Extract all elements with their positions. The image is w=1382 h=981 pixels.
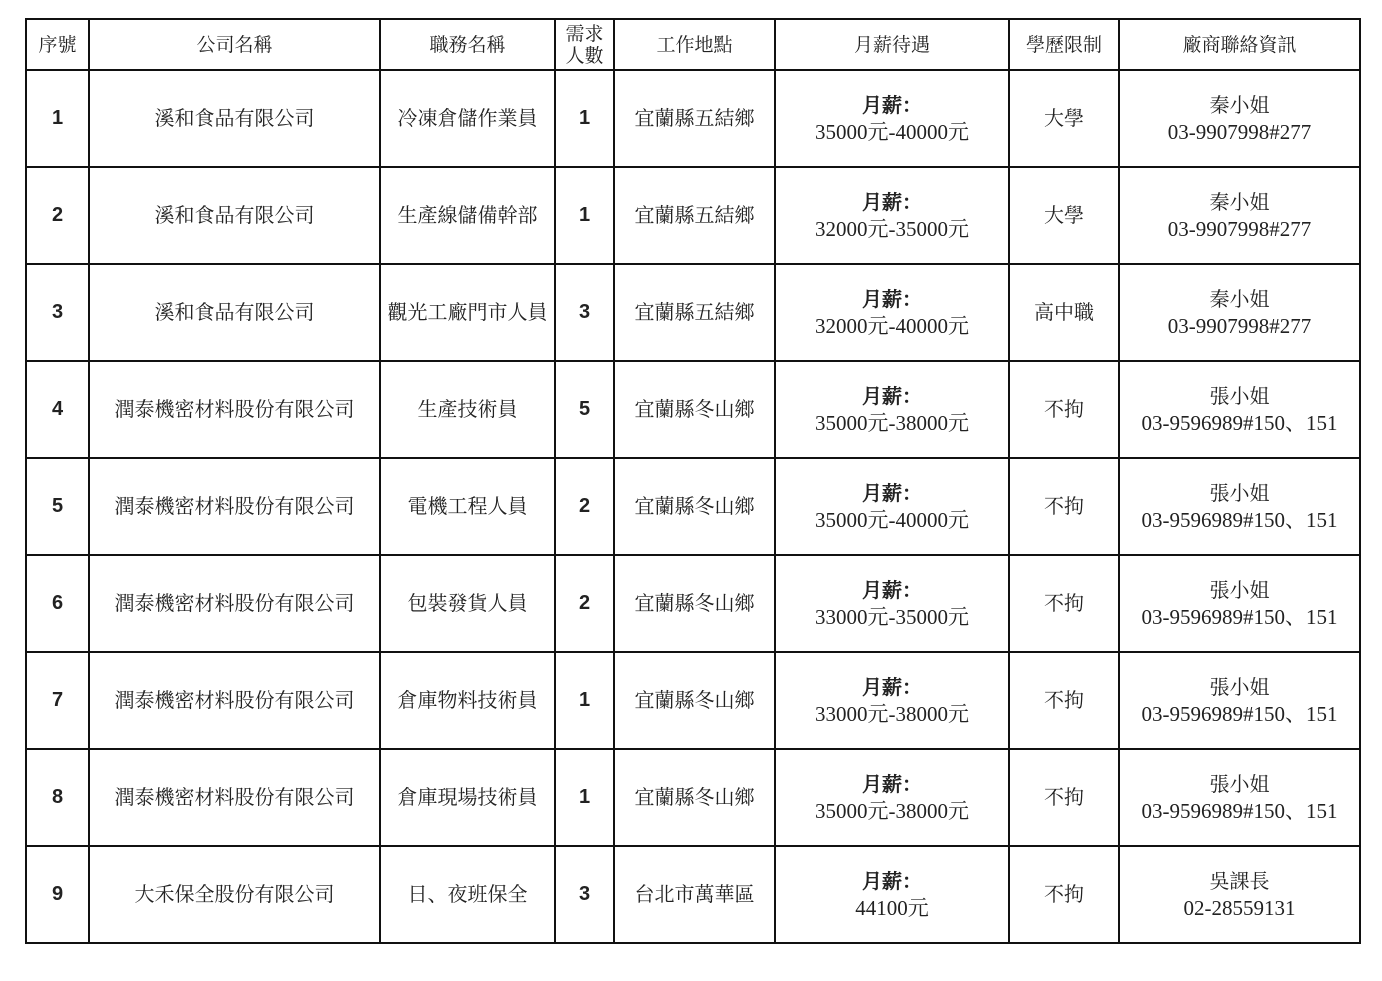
cell-count: 2 — [555, 555, 614, 652]
contact-name: 張小姐 — [1124, 674, 1355, 701]
cell-location: 宜蘭縣冬山鄉 — [614, 361, 775, 458]
contact-phone: 03-9596989#150、151 — [1124, 701, 1355, 728]
table-body: 1溪和食品有限公司冷凍倉儲作業員1宜蘭縣五結鄉月薪：35000元-40000元大… — [26, 70, 1360, 943]
header-count-line1: 需求 — [560, 23, 609, 45]
cell-salary: 月薪：33000元-38000元 — [775, 652, 1009, 749]
header-education: 學歷限制 — [1009, 19, 1119, 70]
cell-salary: 月薪：35000元-38000元 — [775, 749, 1009, 846]
cell-education: 大學 — [1009, 167, 1119, 264]
cell-contact: 張小姐03-9596989#150、151 — [1119, 652, 1360, 749]
table-row: 2溪和食品有限公司生產線儲備幹部1宜蘭縣五結鄉月薪：32000元-35000元大… — [26, 167, 1360, 264]
cell-salary: 月薪：35000元-38000元 — [775, 361, 1009, 458]
cell-company: 潤泰機密材料股份有限公司 — [89, 361, 380, 458]
cell-count: 1 — [555, 652, 614, 749]
cell-contact: 張小姐03-9596989#150、151 — [1119, 458, 1360, 555]
cell-no: 5 — [26, 458, 89, 555]
cell-count: 1 — [555, 70, 614, 167]
cell-location: 宜蘭縣冬山鄉 — [614, 652, 775, 749]
header-no: 序號 — [26, 19, 89, 70]
job-listings-table: 序號 公司名稱 職務名稱 需求 人數 工作地點 月薪待遇 學歷限制 廠商聯絡資訊… — [25, 18, 1361, 944]
header-position: 職務名稱 — [380, 19, 555, 70]
contact-phone: 03-9907998#277 — [1124, 313, 1355, 340]
header-count-line2: 人數 — [560, 45, 609, 67]
cell-count: 2 — [555, 458, 614, 555]
contact-name: 張小姐 — [1124, 480, 1355, 507]
header-contact: 廠商聯絡資訊 — [1119, 19, 1360, 70]
contact-name: 秦小姐 — [1124, 92, 1355, 119]
header-location: 工作地點 — [614, 19, 775, 70]
cell-company: 潤泰機密材料股份有限公司 — [89, 652, 380, 749]
cell-position: 倉庫現場技術員 — [380, 749, 555, 846]
contact-name: 秦小姐 — [1124, 189, 1355, 216]
table-row: 3溪和食品有限公司觀光工廠門市人員3宜蘭縣五結鄉月薪：32000元-40000元… — [26, 264, 1360, 361]
cell-location: 宜蘭縣五結鄉 — [614, 167, 775, 264]
cell-company: 溪和食品有限公司 — [89, 70, 380, 167]
salary-value: 35000元-40000元 — [780, 119, 1004, 146]
cell-contact: 張小姐03-9596989#150、151 — [1119, 555, 1360, 652]
cell-education: 不拘 — [1009, 652, 1119, 749]
salary-value: 33000元-35000元 — [780, 604, 1004, 631]
salary-value: 32000元-40000元 — [780, 313, 1004, 340]
table-row: 7潤泰機密材料股份有限公司倉庫物料技術員1宜蘭縣冬山鄉月薪：33000元-380… — [26, 652, 1360, 749]
cell-company: 大禾保全股份有限公司 — [89, 846, 380, 943]
cell-company: 潤泰機密材料股份有限公司 — [89, 555, 380, 652]
cell-salary: 月薪：32000元-40000元 — [775, 264, 1009, 361]
cell-education: 大學 — [1009, 70, 1119, 167]
salary-label: 月薪： — [780, 286, 1004, 313]
header-count: 需求 人數 — [555, 19, 614, 70]
contact-phone: 03-9596989#150、151 — [1124, 507, 1355, 534]
cell-no: 3 — [26, 264, 89, 361]
cell-location: 宜蘭縣冬山鄉 — [614, 555, 775, 652]
cell-count: 3 — [555, 846, 614, 943]
table-row: 5潤泰機密材料股份有限公司電機工程人員2宜蘭縣冬山鄉月薪：35000元-4000… — [26, 458, 1360, 555]
header-salary: 月薪待遇 — [775, 19, 1009, 70]
cell-education: 不拘 — [1009, 555, 1119, 652]
cell-company: 溪和食品有限公司 — [89, 264, 380, 361]
contact-phone: 03-9907998#277 — [1124, 119, 1355, 146]
table-row: 8潤泰機密材料股份有限公司倉庫現場技術員1宜蘭縣冬山鄉月薪：35000元-380… — [26, 749, 1360, 846]
cell-count: 1 — [555, 749, 614, 846]
salary-value: 44100元 — [780, 895, 1004, 922]
table-row: 4潤泰機密材料股份有限公司生產技術員5宜蘭縣冬山鄉月薪：35000元-38000… — [26, 361, 1360, 458]
cell-contact: 秦小姐03-9907998#277 — [1119, 264, 1360, 361]
salary-value: 32000元-35000元 — [780, 216, 1004, 243]
contact-phone: 03-9907998#277 — [1124, 216, 1355, 243]
cell-location: 宜蘭縣五結鄉 — [614, 264, 775, 361]
cell-no: 8 — [26, 749, 89, 846]
salary-label: 月薪： — [780, 480, 1004, 507]
cell-salary: 月薪：35000元-40000元 — [775, 458, 1009, 555]
cell-education: 不拘 — [1009, 749, 1119, 846]
cell-contact: 吳課長02-28559131 — [1119, 846, 1360, 943]
cell-location: 宜蘭縣冬山鄉 — [614, 749, 775, 846]
salary-label: 月薪： — [780, 577, 1004, 604]
cell-position: 生產線儲備幹部 — [380, 167, 555, 264]
salary-label: 月薪： — [780, 674, 1004, 701]
cell-contact: 秦小姐03-9907998#277 — [1119, 70, 1360, 167]
salary-label: 月薪： — [780, 189, 1004, 216]
cell-contact: 秦小姐03-9907998#277 — [1119, 167, 1360, 264]
cell-education: 不拘 — [1009, 361, 1119, 458]
contact-name: 張小姐 — [1124, 577, 1355, 604]
contact-phone: 02-28559131 — [1124, 895, 1355, 922]
header-company: 公司名稱 — [89, 19, 380, 70]
cell-no: 1 — [26, 70, 89, 167]
cell-no: 9 — [26, 846, 89, 943]
header-row: 序號 公司名稱 職務名稱 需求 人數 工作地點 月薪待遇 學歷限制 廠商聯絡資訊 — [26, 19, 1360, 70]
cell-location: 宜蘭縣五結鄉 — [614, 70, 775, 167]
contact-phone: 03-9596989#150、151 — [1124, 798, 1355, 825]
cell-count: 3 — [555, 264, 614, 361]
salary-label: 月薪： — [780, 383, 1004, 410]
cell-position: 倉庫物料技術員 — [380, 652, 555, 749]
cell-position: 生產技術員 — [380, 361, 555, 458]
cell-location: 宜蘭縣冬山鄉 — [614, 458, 775, 555]
cell-position: 冷凍倉儲作業員 — [380, 70, 555, 167]
salary-label: 月薪： — [780, 771, 1004, 798]
table-row: 9大禾保全股份有限公司日、夜班保全3台北市萬華區月薪：44100元不拘吳課長02… — [26, 846, 1360, 943]
cell-company: 溪和食品有限公司 — [89, 167, 380, 264]
cell-company: 潤泰機密材料股份有限公司 — [89, 458, 380, 555]
cell-company: 潤泰機密材料股份有限公司 — [89, 749, 380, 846]
salary-label: 月薪： — [780, 92, 1004, 119]
cell-no: 2 — [26, 167, 89, 264]
cell-location: 台北市萬華區 — [614, 846, 775, 943]
cell-salary: 月薪：35000元-40000元 — [775, 70, 1009, 167]
cell-education: 不拘 — [1009, 846, 1119, 943]
table-row: 1溪和食品有限公司冷凍倉儲作業員1宜蘭縣五結鄉月薪：35000元-40000元大… — [26, 70, 1360, 167]
contact-name: 秦小姐 — [1124, 286, 1355, 313]
cell-education: 高中職 — [1009, 264, 1119, 361]
cell-no: 6 — [26, 555, 89, 652]
cell-position: 電機工程人員 — [380, 458, 555, 555]
salary-value: 33000元-38000元 — [780, 701, 1004, 728]
table-row: 6潤泰機密材料股份有限公司包裝發貨人員2宜蘭縣冬山鄉月薪：33000元-3500… — [26, 555, 1360, 652]
contact-name: 吳課長 — [1124, 868, 1355, 895]
contact-phone: 03-9596989#150、151 — [1124, 604, 1355, 631]
cell-salary: 月薪：33000元-35000元 — [775, 555, 1009, 652]
cell-position: 觀光工廠門市人員 — [380, 264, 555, 361]
salary-label: 月薪： — [780, 868, 1004, 895]
salary-value: 35000元-38000元 — [780, 410, 1004, 437]
contact-name: 張小姐 — [1124, 771, 1355, 798]
cell-count: 1 — [555, 167, 614, 264]
cell-position: 包裝發貨人員 — [380, 555, 555, 652]
cell-education: 不拘 — [1009, 458, 1119, 555]
contact-phone: 03-9596989#150、151 — [1124, 410, 1355, 437]
salary-value: 35000元-38000元 — [780, 798, 1004, 825]
cell-contact: 張小姐03-9596989#150、151 — [1119, 361, 1360, 458]
cell-position: 日、夜班保全 — [380, 846, 555, 943]
cell-no: 4 — [26, 361, 89, 458]
cell-no: 7 — [26, 652, 89, 749]
cell-salary: 月薪：44100元 — [775, 846, 1009, 943]
salary-value: 35000元-40000元 — [780, 507, 1004, 534]
cell-salary: 月薪：32000元-35000元 — [775, 167, 1009, 264]
cell-contact: 張小姐03-9596989#150、151 — [1119, 749, 1360, 846]
contact-name: 張小姐 — [1124, 383, 1355, 410]
cell-count: 5 — [555, 361, 614, 458]
